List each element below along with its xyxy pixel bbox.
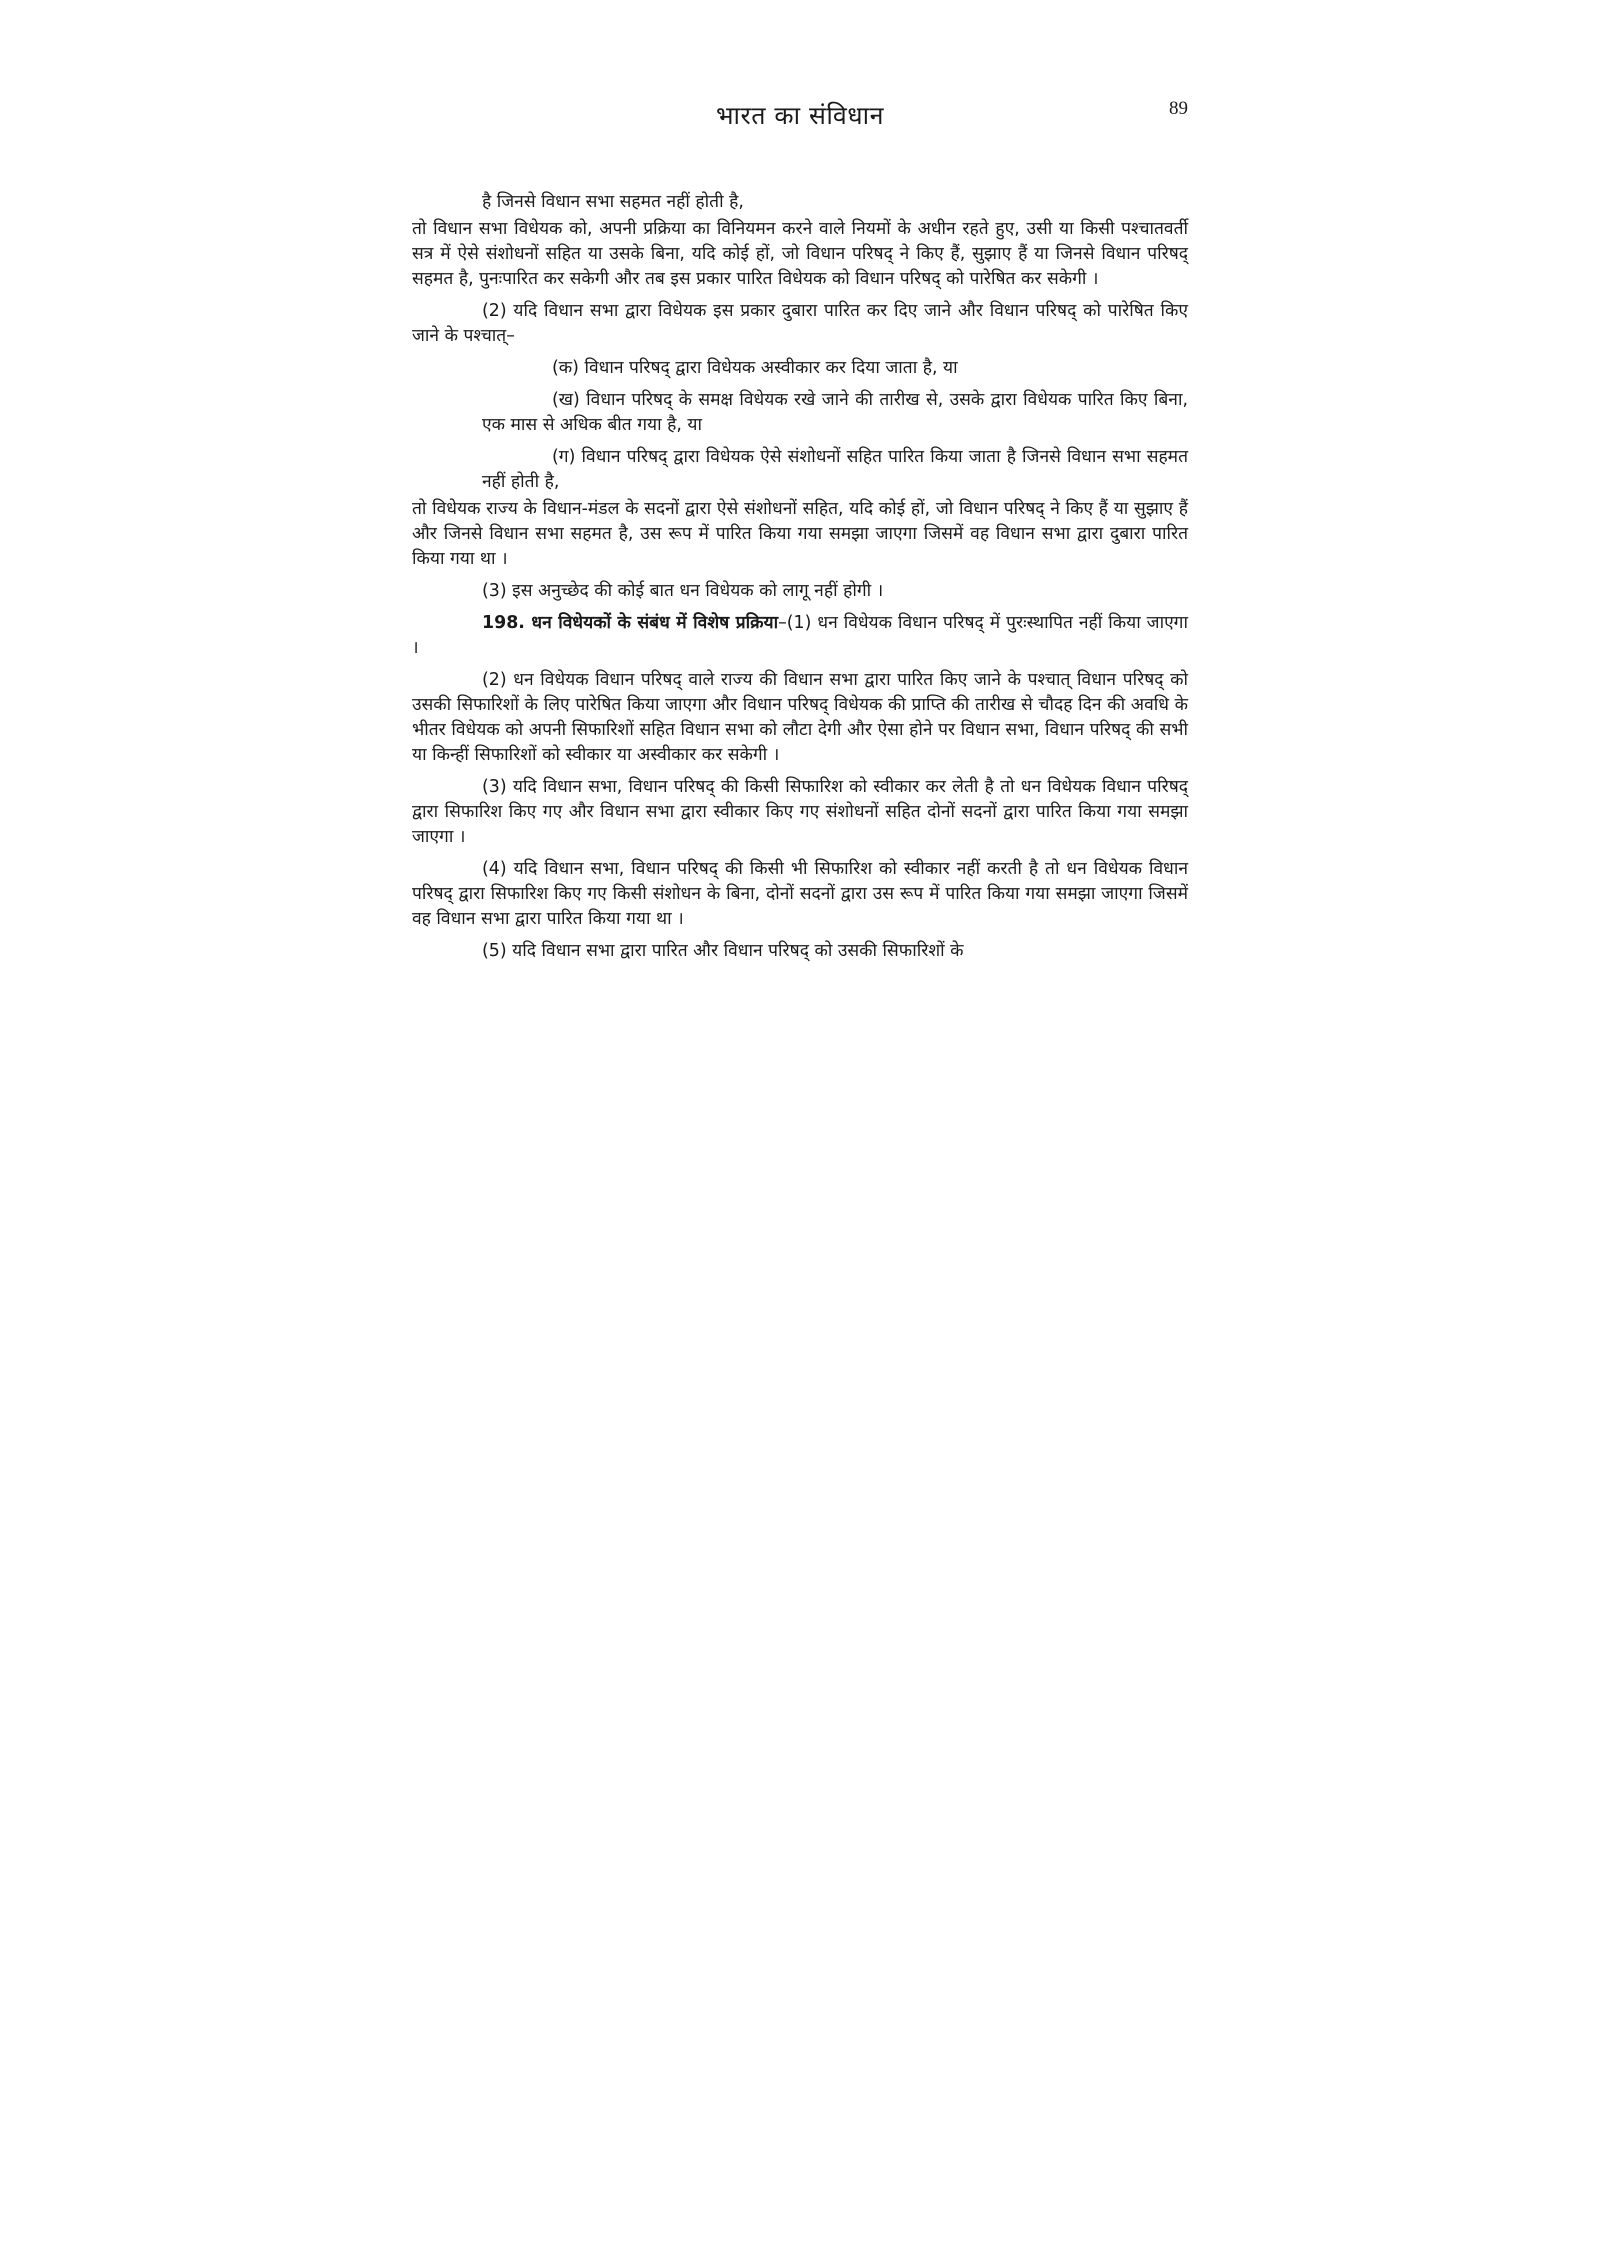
article-198-clause-2: (2) धन विधेयक विधान परिषद् वाले राज्य की…: [412, 668, 1188, 768]
paragraph-deemed-passed: तो विधेयक राज्य के विधान-मंडल के सदनों द…: [412, 497, 1188, 572]
article-198: 198. धन विधेयकों के संबंध में विशेष प्रक…: [412, 611, 1188, 661]
article-198-heading: 198. धन विधेयकों के संबंध में विशेष प्रक…: [482, 613, 778, 633]
paragraph-clause-2: (2) यदि विधान सभा द्वारा विधेयक इस प्रका…: [412, 299, 1188, 349]
paragraph-repass-by-assembly: तो विधान सभा विधेयक को, अपनी प्रक्रिया क…: [412, 217, 1188, 292]
subclause-ka: (क) विधान परिषद् द्वारा विधेयक अस्वीकार …: [412, 356, 1188, 381]
subclause-kha: (ख) विधान परिषद् के समक्ष विधेयक रखे जान…: [412, 388, 1188, 438]
article-198-clause-4: (4) यदि विधान सभा, विधान परिषद् की किसी …: [412, 857, 1188, 932]
subclause-ga: (ग) विधान परिषद् द्वारा विधेयक ऐसे संशोध…: [412, 445, 1188, 495]
paragraph-clause-3: (3) इस अनुच्छेद की कोई बात धन विधेयक को …: [412, 579, 1188, 604]
page-number: 89: [1169, 98, 1188, 120]
running-header: भारत का संविधान: [412, 98, 1188, 132]
article-198-clause-5: (5) यदि विधान सभा द्वारा पारित और विधान …: [412, 939, 1188, 964]
article-198-clause-3: (3) यदि विधान सभा, विधान परिषद् की किसी …: [412, 775, 1188, 850]
paragraph-continuation-clause: है जिनसे विधान सभा सहमत नहीं होती है,: [412, 190, 1188, 215]
document-body: है जिनसे विधान सभा सहमत नहीं होती है, तो…: [412, 190, 1188, 971]
